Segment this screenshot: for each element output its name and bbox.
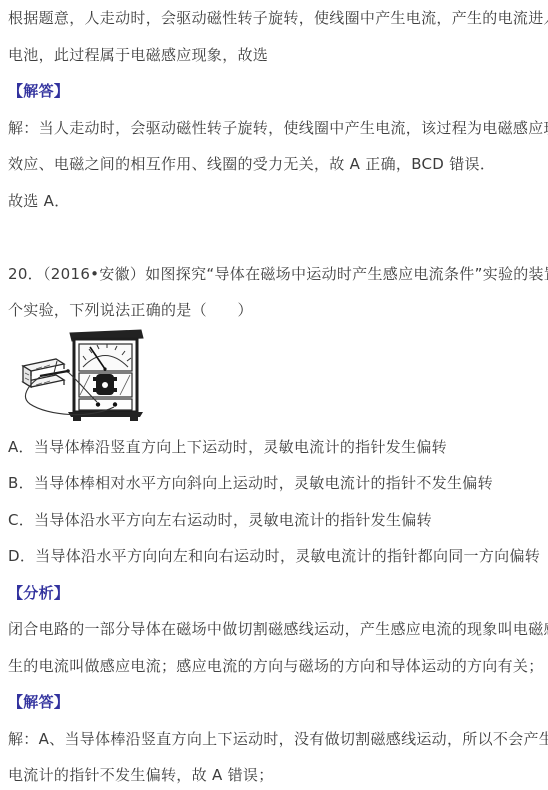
- option-d: D．当导体沿水平方向向左和向右运动时，灵敏电流计的指针都向同一方向偏转: [8, 538, 548, 575]
- option-b: B．当导体棒相对水平方向斜向上运动时，灵敏电流计的指针不发生偏转: [8, 465, 548, 502]
- question-stem-line: 20．（2016•安徽）如图探究“导体在磁场中运动时产生感应电流条件”实验的装置…: [8, 256, 548, 293]
- paragraph-line: 电池，此过程属于电磁感应现象，故选: [8, 37, 548, 74]
- question-stem-line: 个实验，下列说法正确的是（ ）: [8, 292, 548, 329]
- paragraph-line: 根据题意，人走动时，会驱动磁性转子旋转，使线圈中产生电流，产生的电流进入鞋面上锂…: [8, 0, 548, 37]
- option-a: A．当导体棒沿竖直方向上下运动时，灵敏电流计的指针发生偏转: [8, 429, 548, 466]
- galvanometer-magnet-illustration: [18, 329, 150, 427]
- experiment-figure: [8, 329, 548, 429]
- blank-line: [8, 219, 548, 256]
- answer-line: 电流计的指针不发生偏转，故 A 错误；: [8, 757, 548, 790]
- jieda-label: 【解答】: [8, 684, 548, 721]
- option-c: C．当导体沿水平方向左右运动时，灵敏电流计的指针发生偏转: [8, 502, 548, 539]
- jieda-label: 【解答】: [8, 73, 548, 110]
- analysis-line: 闭合电路的一部分导体在磁场中做切割磁感线运动，产生感应电流的现象叫电磁感应，电磁…: [8, 611, 548, 648]
- analysis-line: 生的电流叫做感应电流；感应电流的方向与磁场的方向和导体运动的方向有关；: [8, 648, 548, 685]
- answer-line: 解：A、当导体棒沿竖直方向上下运动时，没有做切割磁感线运动，所以不会产生感应电流…: [8, 721, 548, 758]
- fenxi-label: 【分析】: [8, 575, 548, 612]
- document-page: 根据题意，人走动时，会驱动磁性转子旋转，使线圈中产生电流，产生的电流进入鞋面上锂…: [0, 0, 548, 790]
- solution-line: 解：当人走动时，会驱动磁性转子旋转，使线圈中产生电流，该过程为电磁感应现象，与电…: [8, 110, 548, 147]
- solution-line: 效应、电磁之间的相互作用、线圈的受力无关，故 A 正确，BCD 错误．: [8, 146, 548, 183]
- conclusion-line: 故选 A．: [8, 183, 548, 220]
